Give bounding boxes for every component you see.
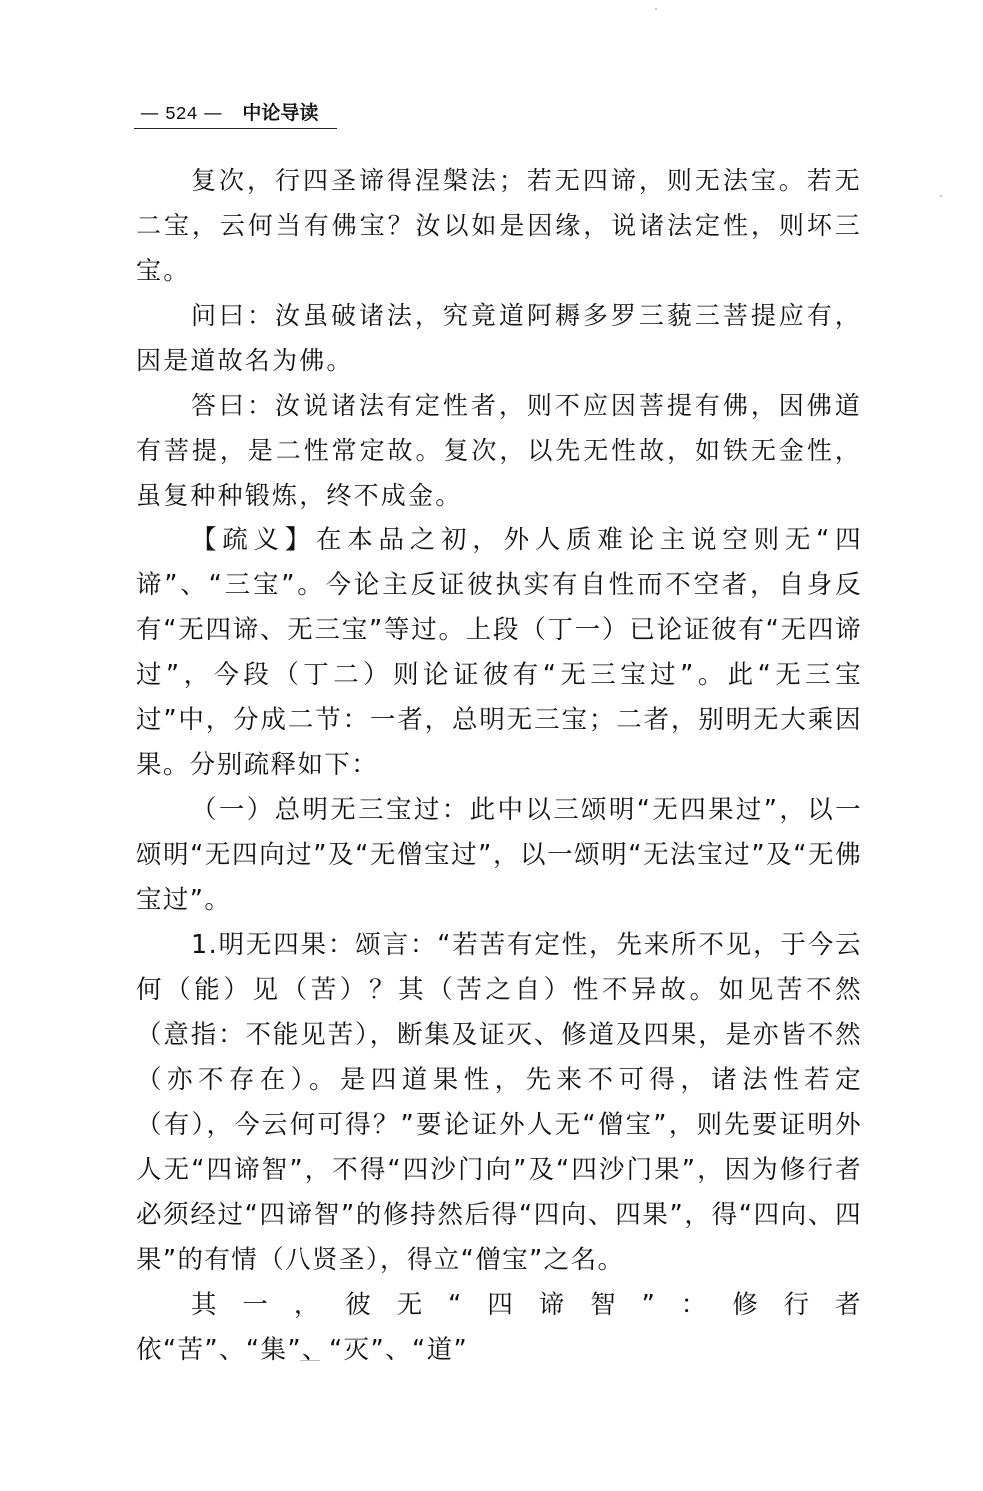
running-header: —524—中论导读	[134, 98, 337, 129]
book-title: 中论导读	[242, 102, 318, 124]
paragraph-question: 问曰：汝虽破诸法，究竟道阿耨多罗三藐三菩提应有，因是道故名为佛。	[136, 293, 862, 383]
paragraph-answer: 答曰：汝说诸法有定性者，则不应因菩提有佛，因佛道有菩提，是二性常定故。复次，以先…	[136, 383, 862, 518]
header-dash-left: —	[140, 102, 159, 124]
header-dash-right: —	[203, 102, 222, 124]
paragraph-quote-1: 复次，行四圣谛得涅槃法；若无四谛，则无法宝。若无二宝，云何当有佛宝？汝以如是因缘…	[136, 158, 862, 293]
paragraph-commentary: 【疏义】在本品之初，外人质难论主说空则无“四谛”、“三宝”。今论主反证彼执实有自…	[136, 518, 862, 788]
scan-speck	[300, 1360, 320, 1361]
paragraph-four-fruits: 1.明无四果：颂言：“若苦有定性，先来所不见，于今云何（能）见（苦）？其（苦之自…	[136, 923, 862, 1283]
scan-speck	[940, 195, 942, 197]
scan-speck	[655, 8, 657, 10]
paragraph-section-1: （一）总明无三宝过：此中以三颂明“无四果过”，以一颂明“无四向过”及“无僧宝过”…	[136, 788, 862, 923]
page-number: 524	[165, 105, 197, 125]
paragraph-first-point: 其一，彼无“四谛智”：修行者依“苦”、“集”、“灭”、“道”	[136, 1283, 862, 1373]
page-body: 复次，行四圣谛得涅槃法；若无四谛，则无法宝。若无二宝，云何当有佛宝？汝以如是因缘…	[136, 158, 862, 1373]
